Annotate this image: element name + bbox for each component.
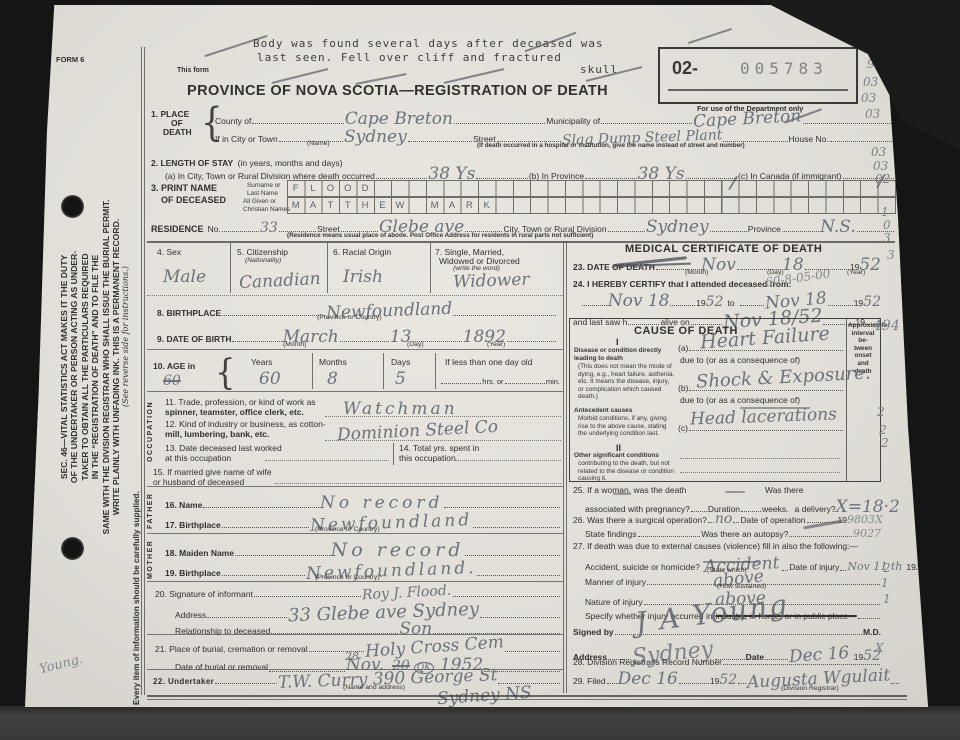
city-value: Sydney: [344, 127, 407, 147]
s26-date-label: Date of operation: [740, 515, 805, 525]
s23-cap-year: (Year): [847, 269, 865, 276]
residence-label: RESIDENCE: [151, 224, 204, 234]
residence-no-label: No.: [208, 224, 221, 234]
s5-label2: (Nationality): [245, 257, 281, 264]
margin-note: 1: [881, 576, 889, 590]
margin-note: 2: [879, 423, 887, 437]
certificate-number: 005783: [740, 59, 828, 78]
registration-number-stamp: 02- 005783: [658, 47, 858, 104]
medical-certificate-header: MEDICAL CERTIFICATE OF DEATH: [625, 243, 822, 255]
cause-roman-i: I: [616, 337, 619, 347]
statute-notice: SEC. 46—VITAL STATISTICS ACT MAKES IT TH…: [59, 43, 121, 691]
cause-desc1: Disease or condition directly leading to…: [574, 347, 674, 362]
margin-note: X: [875, 641, 884, 655]
county-value: Cape Breton: [345, 109, 453, 129]
s27-accident-label: Accident, suicide or homicide?: [585, 562, 700, 572]
s16-label: 16. Name: [165, 500, 202, 510]
cause-other2: contributing to the death, but not relat…: [578, 460, 678, 483]
s25-delivery1: Was there: [765, 485, 803, 495]
s8-caption: (Province or Country): [317, 314, 382, 321]
margin-note: 2: [883, 561, 891, 575]
residence-city-value: Sydney: [646, 217, 709, 237]
residence-caption: (Residence means usual place of abode. P…: [287, 232, 593, 239]
s24-to: to: [727, 298, 734, 308]
surname-label: Surname orLast Name: [247, 182, 280, 197]
s4-value: Male: [163, 267, 206, 287]
s6-value: Irish: [343, 267, 383, 287]
s19-caption: (Province or Country): [315, 574, 380, 581]
s9-cap-year: (Year): [487, 341, 505, 348]
punch-hole-bottom: [61, 537, 84, 560]
s27-injury-date-value: Nov 11 th: [847, 560, 902, 573]
cause-desc2: (This does not mean the mode of dying, e…: [578, 363, 676, 401]
s9-cap-month: (Month): [283, 341, 306, 348]
margin-note: 02: [875, 172, 890, 186]
city-label: If in City or Town: [215, 134, 278, 144]
margin-note: 0: [883, 218, 891, 232]
s17-caption: (Province or Country): [315, 526, 380, 533]
residence-province-label: Province: [748, 224, 781, 234]
margin-note: 03: [861, 91, 876, 105]
page-title: PROVINCE OF NOVA SCOTIA—REGISTRATION OF …: [187, 83, 608, 99]
margin-note: 3: [883, 231, 891, 245]
given-names-grid: MATTHEW MARK: [287, 197, 896, 214]
typed-note-line1: Body was found several days after deceas…: [253, 37, 604, 50]
given-label: All Given orChristian Names: [243, 198, 290, 213]
margin-note: 03: [865, 107, 880, 121]
margin-note: 494: [873, 318, 900, 334]
s21-label: 21. Place of burial, cremation or remova…: [155, 644, 308, 654]
informant-relationship: Son: [399, 619, 432, 639]
scan-background-bottom: [0, 706, 960, 740]
s24-label: 24. I HEREBY CERTIFY that I attended dec…: [573, 279, 791, 289]
s26-value: no: [715, 511, 732, 527]
s8-label: 8. BIRTHPLACE: [157, 308, 221, 318]
margin-note: 2: [881, 436, 889, 450]
s17-label: 17. Birthplace: [165, 520, 221, 530]
s9-cap-day: (Day): [407, 341, 424, 348]
s27-injury-year: 52: [916, 560, 930, 573]
s10-days-value: 5: [395, 369, 406, 389]
occupation-vertical-label: OCCUPATION: [147, 397, 154, 465]
s3-number2: OF DECEASED: [161, 195, 226, 205]
cause-c-label: (c): [678, 423, 688, 433]
s27-manner-label: Manner of injury: [585, 577, 646, 587]
municipality-label: Municipality of: [546, 116, 600, 126]
s23-cap-month: (Month): [685, 269, 708, 276]
mother-vertical-label: MOTHER: [147, 537, 154, 581]
s29-19: 19: [710, 676, 719, 686]
cause-other: Other significant conditions: [574, 452, 674, 460]
filed-date: Dec 16: [618, 669, 678, 689]
margin-note: 03: [871, 145, 886, 159]
pencil-code-26b: 9027: [853, 527, 881, 540]
s3-number: 3. PRINT NAME: [151, 183, 217, 193]
s10-pencil-age: 60: [163, 373, 181, 389]
s28-label: 28. Division Registrar's Record Number: [573, 657, 722, 667]
see-reverse-note: (See reverse side for instructions.): [121, 222, 130, 407]
margin-note: 1: [881, 205, 889, 219]
s11-label: 11. Trade, profession, or kind of work a…: [165, 397, 316, 417]
s5-value: Canadian: [239, 269, 322, 293]
father-vertical-label: FATHER: [147, 491, 154, 531]
s29-label: 29. Filed: [573, 676, 606, 686]
cause-due1: due to (or as a consequence of): [680, 355, 800, 365]
s10-label: 10. AGE in: [153, 361, 195, 371]
s15-label: 15. If married give name of wifeor husba…: [153, 467, 272, 487]
s24-19b: 19: [854, 298, 863, 308]
s26-label: 26. Was there a surgical operation?: [573, 515, 707, 525]
city-name-caption: (Name): [307, 140, 330, 147]
division-registrar-caption: (Division Registrar): [781, 685, 839, 692]
every-item-note: Every item of information should be care…: [132, 333, 141, 705]
cause-b-label: (b): [678, 383, 688, 393]
house-no-label: House No.: [789, 134, 829, 144]
residence-province-value: N.S.: [820, 217, 856, 237]
s19-label: 19. Birthplace: [165, 568, 221, 578]
s10-years-value: 60: [259, 369, 281, 389]
s1-death: DEATH: [163, 127, 192, 137]
punch-hole-top: [61, 195, 84, 218]
cause-a-label: (a): [678, 343, 688, 353]
s26-findings-label: State findings: [585, 529, 637, 539]
s20-label: 20. Signature of informant: [155, 589, 253, 599]
s10-min-label: min.: [546, 377, 560, 386]
pencil-code-26a: 9803X: [847, 513, 883, 526]
this-form-label: This form: [177, 67, 209, 74]
md-label: M.D.: [863, 627, 881, 637]
s27-19: 19: [906, 562, 915, 572]
cause-of-death-box: CAUSE OF DEATH Approximate interval be- …: [569, 318, 881, 482]
s7-value: Widower: [453, 270, 530, 293]
cause-antecedent2: Morbid conditions, if any, giving rise t…: [578, 415, 676, 438]
s10-years-label: Years: [251, 357, 272, 367]
margin-note: 3: [887, 248, 895, 262]
s10-less-label: If less than one day old: [445, 357, 532, 367]
s1-caption: (If death occurred in a hospital or inst…: [477, 142, 745, 149]
s27-injury-date-label: Date of injury: [789, 562, 839, 572]
district-code: 02-: [672, 58, 698, 79]
cause-antecedent: Antecedent causes: [574, 407, 674, 415]
cause-due2: due to (or as a consequence of): [680, 395, 800, 405]
s18-value: No record: [331, 539, 465, 561]
margin-note: 03: [863, 75, 878, 89]
residence-no-value: 33: [260, 220, 278, 236]
s22-label: 22. Undertaker: [153, 677, 214, 686]
margin-note: 1: [883, 592, 891, 606]
s27-label: 27. If death was due to external causes …: [573, 541, 858, 551]
county-label: County of: [215, 116, 251, 126]
s6-label: 6. Racial Origin: [333, 247, 391, 257]
margin-note: 2: [877, 405, 885, 419]
signed-by-label: Signed by: [573, 627, 614, 637]
s16-value: No record: [320, 493, 443, 513]
s18-label: 18. Maiden Name: [165, 548, 234, 558]
s24-19a: 19: [696, 298, 705, 308]
s4-label: 4. Sex: [157, 247, 181, 257]
filed-year: 52: [719, 672, 737, 688]
s10-days-label: Days: [391, 357, 410, 367]
s26-autopsy-label: Was there an autopsy?: [701, 529, 788, 539]
margin-note: 03: [873, 159, 888, 173]
surname-grid: FLOOD: [287, 180, 896, 197]
s10-months-label: Months: [319, 357, 347, 367]
s10-months-value: 8: [327, 369, 338, 389]
s10-hrs-label: hrs. or: [482, 377, 503, 386]
typed-note-line2: last seen. Fell over cliff and fractured: [257, 51, 562, 64]
s12-label: 12. Kind of industry or business, as cot…: [165, 419, 326, 439]
death-registration-form-page: FORM 6 SEC. 46—VITAL STATISTICS ACT MAKE…: [25, 5, 940, 707]
s22-caption: (Name and address): [343, 684, 405, 691]
s5-label: 5. Citizenship: [237, 247, 288, 257]
s9-label: 9. DATE OF BIRTH: [157, 334, 231, 344]
